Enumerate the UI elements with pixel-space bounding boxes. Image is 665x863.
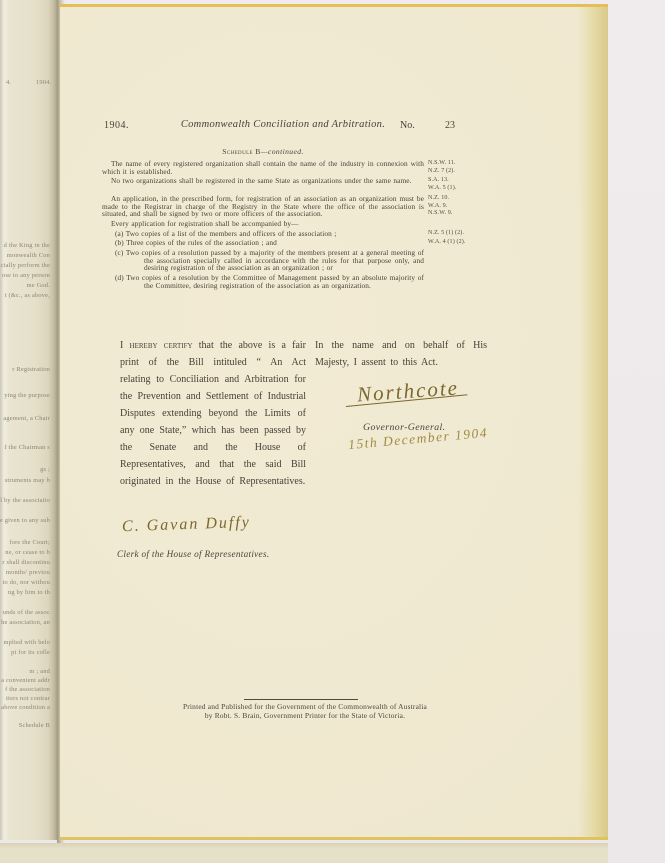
- schedule-item-label: (c): [115, 248, 126, 257]
- previous-page-text-fragment: ose to any person: [2, 272, 50, 279]
- previous-page-text-fragment: monwealth Con: [7, 252, 50, 259]
- certification-text: that the above is a fair print of the Bi…: [120, 340, 306, 487]
- schedule-item-body: Every application for registration shall…: [111, 219, 299, 228]
- previous-page-text-fragment: r Registration: [12, 366, 50, 373]
- previous-page-text-fragment: to do, nor withou: [3, 579, 50, 586]
- previous-page-text-fragment: t (&c., as above,: [5, 292, 50, 299]
- clerk-title: Clerk of the House of Representatives.: [117, 549, 269, 559]
- schedule-block: The name of every registered organizatio…: [102, 160, 482, 175]
- schedule-block: (b) Three copies of the rules of the ass…: [102, 239, 482, 247]
- schedule-item-body: Two copies of a list of the members and …: [126, 229, 337, 238]
- schedule-block: An application, in the prescribed form, …: [102, 195, 482, 218]
- document-photo: 4.1904.d the King in themonwealth Concia…: [0, 0, 665, 863]
- previous-page-text-fragment: pt for its colle: [11, 649, 50, 656]
- margin-note: N.Z. 5 (1) (2).: [428, 230, 480, 238]
- schedule-block-text: No two organizations shall be registered…: [102, 177, 424, 185]
- clerk-signature: C. Gavan Duffy: [122, 514, 251, 536]
- schedule-block-text: (a) Two copies of a list of the members …: [102, 230, 424, 238]
- previous-page-text-fragment: he association, an: [1, 619, 50, 626]
- page-title: Commonwealth Conciliation and Arbitratio…: [168, 119, 398, 130]
- imprint-rule: [244, 699, 358, 700]
- pages-underneath-edge: [0, 843, 608, 863]
- previous-page-text-fragment: agement, a Chair: [3, 415, 50, 422]
- previous-page-text-fragment: unds of the assoc: [3, 609, 50, 616]
- previous-page-text-fragment: l by the associatio: [0, 497, 50, 504]
- margin-note: N.S.W. 11. N.Z. 7 (2).: [428, 160, 480, 175]
- previous-page-text-fragment: 1904.: [36, 79, 51, 86]
- assent-paragraph: In the name and on behalf of His Majesty…: [315, 337, 487, 371]
- schedule-block-text: An application, in the prescribed form, …: [102, 195, 424, 218]
- previous-page-text-fragment: gs ;: [40, 466, 50, 473]
- previous-page-text-fragment: ne, or cease to b: [5, 549, 50, 556]
- document-page: 1904. Commonwealth Conciliation and Arbi…: [60, 4, 608, 840]
- schedule-block-text: (d) Two copies of a resolution by the Co…: [102, 274, 424, 289]
- imprint-line2: by Robt. S. Brain, Government Printer fo…: [115, 712, 495, 721]
- clerk-certification-paragraph: I hereby certify that the above is a fai…: [120, 337, 306, 490]
- previous-page-text-fragment: e given to any sub: [0, 517, 50, 524]
- previous-page-text-fragment: ng by him to th: [8, 589, 50, 596]
- governor-general-signature: Northcote: [356, 375, 459, 407]
- previous-page-text-fragment: m ; and: [29, 668, 50, 675]
- header-year: 1904.: [104, 120, 129, 131]
- header-number-label: No.: [400, 120, 415, 131]
- schedule-item-body: Two copies of a resolution passed by a m…: [126, 248, 424, 272]
- previous-page-text-fragment: a convenient addr: [1, 677, 50, 684]
- schedule-block: Every application for registration shall…: [102, 220, 482, 228]
- previous-page-text-fragment: fore the Court;: [9, 539, 50, 546]
- schedule-item-label: (a): [115, 229, 126, 238]
- margin-note: N.Z. 10. W.A. 9. N.S.W. 9.: [428, 195, 480, 218]
- previous-page-text-fragment: f the association: [5, 686, 50, 693]
- previous-page-text-fragment: Schedule B: [19, 722, 50, 729]
- previous-page-text-fragment: 4.: [6, 79, 11, 86]
- schedule-item-body: An application, in the prescribed form, …: [102, 194, 424, 218]
- schedule-block: (c) Two copies of a resolution passed by…: [102, 249, 482, 272]
- schedule-heading: Schedule B—continued.: [102, 147, 424, 156]
- previous-page-text-fragment: r shall discontinu: [2, 559, 50, 566]
- schedule-heading-name: Schedule B: [222, 147, 261, 156]
- schedule-block-text: (c) Two copies of a resolution passed by…: [102, 249, 424, 272]
- schedule-item-body: The name of every registered organizatio…: [102, 159, 424, 176]
- previous-page-text-fragment: ying the purpose: [4, 392, 50, 399]
- schedule-item-body: Two copies of a resolution by the Commit…: [126, 273, 424, 290]
- schedule-body: The name of every registered organizatio…: [102, 160, 482, 292]
- schedule-item-label: (d): [115, 273, 126, 282]
- page-number: 23: [445, 120, 455, 131]
- schedule-heading-suffix: —continued.: [261, 147, 304, 156]
- previous-page-text-fragment: months' previou: [6, 569, 50, 576]
- schedule-block: No two organizations shall be registered…: [102, 177, 482, 192]
- previous-page-text-fragment: cially perform the: [1, 262, 50, 269]
- previous-page-text-fragment: mplied with belo: [3, 639, 50, 646]
- previous-page-text-fragment: tters not contrar: [6, 695, 50, 702]
- schedule-block-text: (b) Three copies of the rules of the ass…: [102, 239, 424, 247]
- margin-note: S.A. 13. W.A. 5 (1).: [428, 177, 480, 192]
- previous-page-edge: 4.1904.d the King in themonwealth Concia…: [0, 0, 57, 840]
- schedule-item-body: Three copies of the rules of the associa…: [126, 238, 277, 247]
- previous-page-text-fragment: above condition a: [1, 704, 50, 711]
- previous-page-text-fragment: d the King in the: [4, 242, 50, 249]
- previous-page-text-fragment: f the Chairman s: [4, 444, 50, 451]
- schedule-block: (d) Two copies of a resolution by the Co…: [102, 274, 482, 289]
- certification-lead: I hereby certify: [120, 340, 193, 351]
- schedule-block: (a) Two copies of a list of the members …: [102, 230, 482, 238]
- schedule-block-text: The name of every registered organizatio…: [102, 160, 424, 175]
- schedule-item-label: (b): [115, 238, 126, 247]
- printer-imprint: Printed and Published for the Government…: [115, 703, 495, 720]
- margin-note: W.A. 4 (1) (2).: [428, 239, 480, 247]
- schedule-block-text: Every application for registration shall…: [102, 220, 424, 228]
- previous-page-text-fragment: me God.: [27, 282, 50, 289]
- previous-page-text-fragment: struments may b: [5, 477, 50, 484]
- schedule-item-body: No two organizations shall be registered…: [111, 176, 412, 185]
